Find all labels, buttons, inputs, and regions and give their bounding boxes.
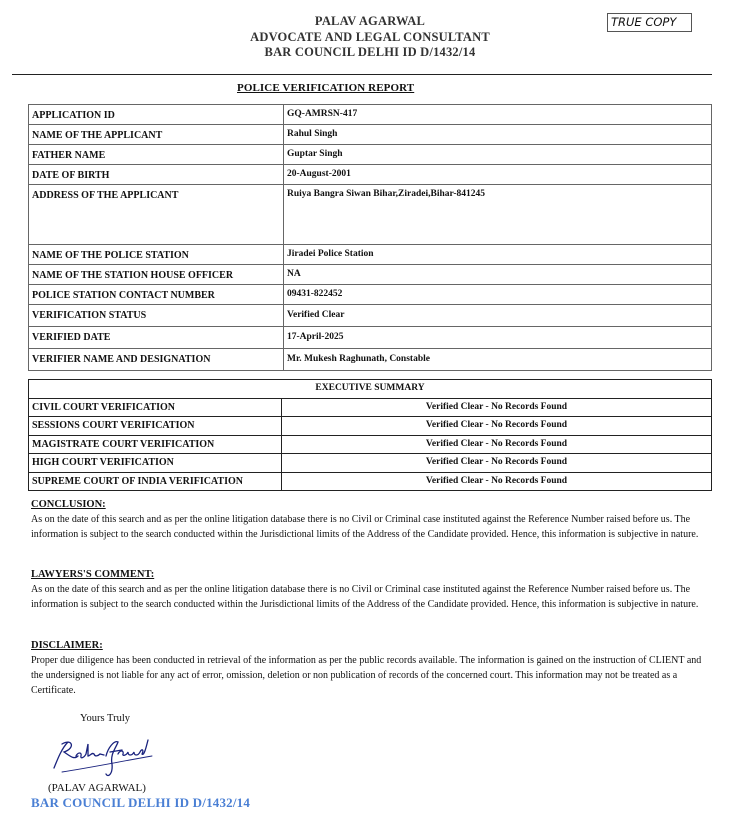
info-row: VERIFIED DATE17-April-2025 (29, 327, 712, 349)
conclusion-heading: CONCLUSION: (31, 497, 711, 512)
info-row: DATE OF BIRTH20-August-2001 (29, 165, 712, 185)
info-label: NAME OF THE APPLICANT (29, 125, 284, 145)
info-row: APPLICATION IDGQ-AMRSN-417 (29, 105, 712, 125)
summary-label: MAGISTRATE COURT VERIFICATION (29, 435, 282, 454)
lawyers-comment-section: LAWYERS'S COMMENT: As on the date of thi… (31, 567, 711, 612)
closing-text: Yours Truly (80, 713, 130, 724)
info-label: NAME OF THE STATION HOUSE OFFICER (29, 265, 284, 285)
lawyers-comment-text: As on the date of this search and as per… (31, 582, 711, 612)
disclaimer-heading: DISCLAIMER: (31, 638, 711, 653)
info-value: 09431-822452 (284, 285, 712, 305)
summary-label: HIGH COURT VERIFICATION (29, 454, 282, 473)
info-label: VERIFIER NAME AND DESIGNATION (29, 349, 284, 371)
info-row: FATHER NAMEGuptar Singh (29, 145, 712, 165)
executive-summary-title: EXECUTIVE SUMMARY (29, 380, 712, 399)
summary-row: HIGH COURT VERIFICATIONVerified Clear - … (29, 454, 712, 473)
summary-row: MAGISTRATE COURT VERIFICATIONVerified Cl… (29, 435, 712, 454)
info-value: 17-April-2025 (284, 327, 712, 349)
info-row: NAME OF THE STATION HOUSE OFFICERNA (29, 265, 712, 285)
advocate-title: ADVOCATE AND LEGAL CONSULTANT (200, 30, 540, 46)
info-row: NAME OF THE APPLICANTRahul Singh (29, 125, 712, 145)
conclusion-text: As on the date of this search and as per… (31, 512, 711, 542)
summary-value: Verified Clear - No Records Found (282, 454, 712, 473)
applicant-info-table: APPLICATION IDGQ-AMRSN-417NAME OF THE AP… (28, 104, 712, 371)
summary-row: CIVIL COURT VERIFICATIONVerified Clear -… (29, 398, 712, 417)
summary-label: SESSIONS COURT VERIFICATION (29, 417, 282, 436)
info-label: ADDRESS OF THE APPLICANT (29, 185, 284, 245)
report-title: POLICE VERIFICATION REPORT (237, 82, 414, 94)
info-row: NAME OF THE POLICE STATIONJiradei Police… (29, 245, 712, 265)
true-copy-stamp: TRUE COPY (607, 13, 692, 32)
info-label: NAME OF THE POLICE STATION (29, 245, 284, 265)
signatory-bar-id: BAR COUNCIL DELHI ID D/1432/14 (31, 795, 250, 811)
info-value: Verified Clear (284, 305, 712, 327)
advocate-bar-id: BAR COUNCIL DELHI ID D/1432/14 (200, 45, 540, 61)
disclaimer-section: DISCLAIMER: Proper due diligence has bee… (31, 638, 711, 698)
info-label: VERIFIED DATE (29, 327, 284, 349)
info-value: NA (284, 265, 712, 285)
lawyers-comment-heading: LAWYERS'S COMMENT: (31, 567, 711, 582)
info-label: DATE OF BIRTH (29, 165, 284, 185)
info-row: POLICE STATION CONTACT NUMBER09431-82245… (29, 285, 712, 305)
info-value: Jiradei Police Station (284, 245, 712, 265)
info-label: FATHER NAME (29, 145, 284, 165)
info-value: 20-August-2001 (284, 165, 712, 185)
summary-row: SUPREME COURT OF INDIA VERIFICATIONVerif… (29, 472, 712, 491)
info-label: POLICE STATION CONTACT NUMBER (29, 285, 284, 305)
info-value: Rahul Singh (284, 125, 712, 145)
info-label: APPLICATION ID (29, 105, 284, 125)
info-value: Mr. Mukesh Raghunath, Constable (284, 349, 712, 371)
info-row: VERIFICATION STATUSVerified Clear (29, 305, 712, 327)
summary-value: Verified Clear - No Records Found (282, 398, 712, 417)
letterhead: PALAV AGARWAL ADVOCATE AND LEGAL CONSULT… (200, 14, 540, 61)
info-row: ADDRESS OF THE APPLICANTRuiya Bangra Siw… (29, 185, 712, 245)
header-divider (12, 74, 712, 75)
summary-value: Verified Clear - No Records Found (282, 472, 712, 491)
info-value: GQ-AMRSN-417 (284, 105, 712, 125)
executive-summary-table: EXECUTIVE SUMMARY CIVIL COURT VERIFICATI… (28, 379, 712, 491)
summary-label: CIVIL COURT VERIFICATION (29, 398, 282, 417)
info-label: VERIFICATION STATUS (29, 305, 284, 327)
info-row: VERIFIER NAME AND DESIGNATIONMr. Mukesh … (29, 349, 712, 371)
advocate-name: PALAV AGARWAL (200, 14, 540, 30)
info-value: Guptar Singh (284, 145, 712, 165)
summary-value: Verified Clear - No Records Found (282, 435, 712, 454)
conclusion-section: CONCLUSION: As on the date of this searc… (31, 497, 711, 542)
summary-row: SESSIONS COURT VERIFICATIONVerified Clea… (29, 417, 712, 436)
disclaimer-text: Proper due diligence has been conducted … (31, 653, 711, 698)
summary-value: Verified Clear - No Records Found (282, 417, 712, 436)
summary-label: SUPREME COURT OF INDIA VERIFICATION (29, 472, 282, 491)
signature-icon (48, 734, 158, 787)
signatory-name: (PALAV AGARWAL) (48, 782, 146, 794)
info-value: Ruiya Bangra Siwan Bihar,Ziradei,Bihar-8… (284, 185, 712, 245)
